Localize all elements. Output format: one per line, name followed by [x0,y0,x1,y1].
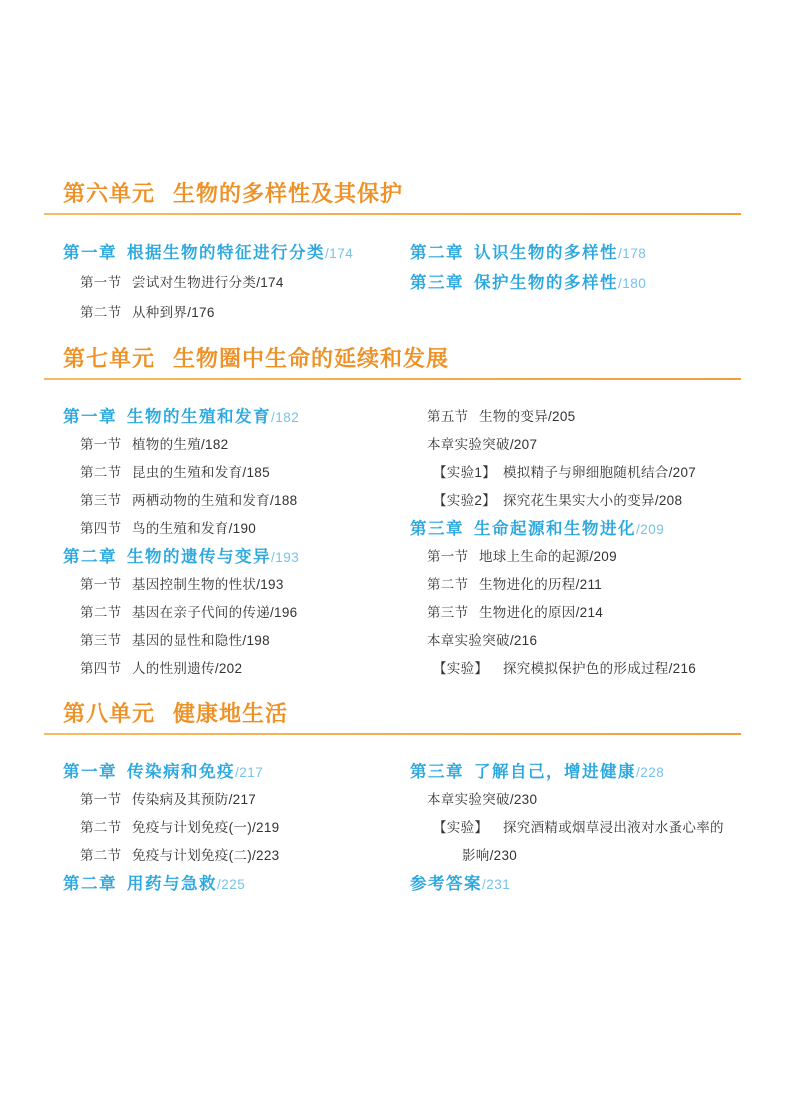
unit-block: 第六单元生物的多样性及其保护第一章根据生物的特征进行分类/174第一节尝试对生物… [44,180,741,328]
entry-number: 第二章 [63,870,127,898]
entry-title: 尝试对生物进行分类 [132,275,256,290]
unit-number: 第八单元 [63,700,173,727]
entry-page: /190 [229,521,256,536]
toc-entry-section: 第一节传染病及其预防/217 [80,786,410,814]
entry-number: 第一节 [80,431,132,459]
entry-title: 影响 [462,848,490,863]
entry-title: 传染病及其预防 [132,792,229,807]
toc-entry-section: 第二节昆虫的生殖和发育/185 [80,459,410,487]
toc-entry-plain: 本章实验突破/216 [427,627,741,655]
toc-entry-section: 第一节地球上生命的起源/209 [427,543,741,571]
toc-entry-section: 第三节两栖动物的生殖和发育/188 [80,487,410,515]
toc-entry-experiment: 【实验2】探究花生果实大小的变异/208 [433,487,741,515]
entry-number: 【实验】 [433,655,503,683]
toc-entry-section: 第一节基因控制生物的性状/193 [80,571,410,599]
toc-entry-experiment: 【实验】探究模拟保护色的形成过程/216 [433,655,741,683]
entry-title: 基因控制生物的性状 [132,577,256,592]
entry-number: 第二节 [80,459,132,487]
entry-number: 第五节 [427,403,479,431]
entry-page: /216 [669,661,696,676]
entry-title: 模拟精子与卵细胞随机结合 [503,465,669,480]
unit-number: 第六单元 [63,180,173,207]
entry-page: /217 [235,765,263,780]
unit-header: 第八单元健康地生活 [63,700,741,727]
toc-entry-section: 第二节从种到界/176 [80,298,410,328]
entry-title: 了解自己，增进健康 [474,763,636,781]
entry-page: /207 [510,437,537,452]
unit-underline [44,733,741,735]
toc-entry-chapter: 第三章保护生物的多样性/180 [410,268,741,298]
entry-page: /182 [201,437,228,452]
right-column: 第三章了解自己，增进健康/228本章实验突破/230【实验】探究酒精或烟草浸出液… [410,758,741,898]
entry-title: 保护生物的多样性 [474,274,618,292]
entry-number: 【实验】 [433,814,503,842]
entry-title: 地球上生命的起源 [479,549,589,564]
entry-number: 第三章 [410,268,474,298]
entry-page: /174 [256,275,283,290]
entry-number: 第三章 [410,515,474,543]
entry-page: /202 [215,661,242,676]
entry-title: 本章实验突破 [427,437,510,452]
entry-number: 第一章 [63,238,127,268]
entry-title: 植物的生殖 [132,437,201,452]
entry-page: /223 [252,848,279,863]
entry-title: 用药与急救 [127,875,217,893]
entry-title: 基因的显性和隐性 [132,633,242,648]
entry-page: /205 [548,409,575,424]
entry-page: /230 [510,792,537,807]
entry-page: /211 [576,577,602,592]
entry-number: 第三节 [80,627,132,655]
entry-page: /174 [325,246,353,261]
entry-number: 第四节 [80,655,132,683]
entry-number: 第二节 [427,571,479,599]
entry-page: /176 [187,305,214,320]
left-column: 第一章生物的生殖和发育/182第一节植物的生殖/182第二节昆虫的生殖和发育/1… [63,403,410,683]
toc-entry-section: 第二节免疫与计划免疫(二)/223 [80,842,410,870]
entry-page: /228 [636,765,664,780]
entry-number: 第三节 [427,599,479,627]
toc-entry-cont: 影响/230 [462,842,741,870]
entry-page: /209 [589,549,616,564]
entry-number: 第一章 [63,403,127,431]
entry-page: /209 [636,522,664,537]
toc-entry-chapter: 第三章生命起源和生物进化/209 [410,515,741,543]
toc-entry-plain: 本章实验突破/207 [427,431,741,459]
toc-entry-chapter: 第二章用药与急救/225 [63,870,410,898]
toc-entry-section: 第四节人的性别遗传/202 [80,655,410,683]
unit-columns: 第一章生物的生殖和发育/182第一节植物的生殖/182第二节昆虫的生殖和发育/1… [63,403,741,683]
entry-number: 第一节 [80,268,132,298]
entry-page: /207 [669,465,696,480]
unit-title: 生物圈中生命的延续和发展 [173,346,449,371]
unit-number: 第七单元 [63,345,173,372]
entry-number: 第一节 [80,571,132,599]
entry-title: 探究花生果实大小的变异 [503,493,655,508]
toc-entry-chapter: 第二章生物的遗传与变异/193 [63,543,410,571]
unit-underline [44,213,741,215]
entry-title: 认识生物的多样性 [474,244,618,262]
entry-number: 第二章 [63,543,127,571]
entry-page: /196 [270,605,297,620]
entry-number: 第二节 [80,814,132,842]
toc-entry-chapter: 第一章根据生物的特征进行分类/174 [63,238,410,268]
entry-number: 第二节 [80,298,132,328]
entry-page: /225 [217,877,245,892]
entry-title: 鸟的生殖和发育 [132,521,229,536]
entry-page: /188 [270,493,297,508]
entry-number: 【实验2】 [433,487,503,515]
entry-title: 传染病和免疫 [127,763,235,781]
toc-entry-section: 第一节尝试对生物进行分类/174 [80,268,410,298]
right-column: 第五节生物的变异/205本章实验突破/207【实验1】模拟精子与卵细胞随机结合/… [410,403,741,683]
toc-entry-plain: 本章实验突破/230 [427,786,741,814]
entry-page: /216 [510,633,537,648]
unit-header: 第六单元生物的多样性及其保护 [63,180,741,207]
entry-number: 第三章 [410,758,474,786]
entry-page: /217 [229,792,256,807]
toc-entry-section: 第三节生物进化的原因/214 [427,599,741,627]
toc-entry-section: 第一节植物的生殖/182 [80,431,410,459]
entry-title: 生命起源和生物进化 [474,520,636,538]
entry-title: 基因在亲子代间的传递 [132,605,270,620]
entry-page: /193 [271,550,299,565]
entry-title: 探究酒精或烟草浸出液对水蚤心率的 [503,820,724,835]
entry-title: 昆虫的生殖和发育 [132,465,242,480]
entry-title: 本章实验突破 [427,633,510,648]
unit-underline [44,378,741,380]
toc-entry-experiment: 【实验】探究酒精或烟草浸出液对水蚤心率的 [433,814,741,842]
toc-entry-chapter: 第二章认识生物的多样性/178 [410,238,741,268]
entry-title: 生物的变异 [479,409,548,424]
entry-title: 参考答案 [410,875,482,893]
unit-columns: 第一章根据生物的特征进行分类/174第一节尝试对生物进行分类/174第二节从种到… [63,238,741,328]
entry-page: /230 [490,848,517,863]
entry-title: 生物进化的原因 [479,605,576,620]
entry-title: 免疫与计划免疫(一) [132,820,252,835]
entry-page: /214 [576,605,603,620]
entry-title: 免疫与计划免疫(二) [132,848,252,863]
toc-entry-section: 第二节基因在亲子代间的传递/196 [80,599,410,627]
unit-columns: 第一章传染病和免疫/217第一节传染病及其预防/217第二节免疫与计划免疫(一)… [63,758,741,898]
unit-title: 健康地生活 [173,701,288,726]
entry-title: 人的性别遗传 [132,661,215,676]
toc-entry-section: 第三节基因的显性和隐性/198 [80,627,410,655]
entry-title: 生物的遗传与变异 [127,548,271,566]
entry-page: /178 [618,246,646,261]
entry-title: 根据生物的特征进行分类 [127,244,325,262]
left-column: 第一章传染病和免疫/217第一节传染病及其预防/217第二节免疫与计划免疫(一)… [63,758,410,898]
entry-page: /231 [482,877,510,892]
entry-title: 生物进化的历程 [479,577,576,592]
entry-number: 第二章 [410,238,474,268]
toc-entry-chapter: 第三章了解自己，增进健康/228 [410,758,741,786]
entry-page: /182 [271,410,299,425]
entry-title: 两栖动物的生殖和发育 [132,493,270,508]
entry-number: 第二节 [80,599,132,627]
entry-page: /193 [256,577,283,592]
entry-number: 第二节 [80,842,132,870]
toc-entry-experiment: 【实验1】模拟精子与卵细胞随机结合/207 [433,459,741,487]
entry-number: 第一节 [427,543,479,571]
toc-entry-section: 第四节鸟的生殖和发育/190 [80,515,410,543]
unit-block: 第七单元生物圈中生命的延续和发展第一章生物的生殖和发育/182第一节植物的生殖/… [44,345,741,683]
entry-page: /208 [655,493,682,508]
entry-page: /198 [242,633,269,648]
entry-page: /185 [242,465,269,480]
entry-title: 生物的生殖和发育 [127,408,271,426]
toc-entry-section: 第二节生物进化的历程/211 [427,571,741,599]
entry-number: 第四节 [80,515,132,543]
entry-page: /180 [618,276,646,291]
entry-page: /219 [252,820,279,835]
unit-header: 第七单元生物圈中生命的延续和发展 [63,345,741,372]
toc-page: 第六单元生物的多样性及其保护第一章根据生物的特征进行分类/174第一节尝试对生物… [0,0,790,1101]
entry-number: 第一节 [80,786,132,814]
entry-title: 从种到界 [132,305,187,320]
toc-entry-chapter: 第一章生物的生殖和发育/182 [63,403,410,431]
unit-title: 生物的多样性及其保护 [173,181,403,206]
left-column: 第一章根据生物的特征进行分类/174第一节尝试对生物进行分类/174第二节从种到… [63,238,410,328]
entry-number: 【实验1】 [433,459,503,487]
entry-title: 本章实验突破 [427,792,510,807]
toc-entry-answer: 参考答案/231 [410,870,741,898]
entry-number: 第三节 [80,487,132,515]
toc-entry-section: 第二节免疫与计划免疫(一)/219 [80,814,410,842]
unit-block: 第八单元健康地生活第一章传染病和免疫/217第一节传染病及其预防/217第二节免… [44,700,741,898]
toc-entry-chapter: 第一章传染病和免疫/217 [63,758,410,786]
toc-entry-section: 第五节生物的变异/205 [427,403,741,431]
right-column: 第二章认识生物的多样性/178第三章保护生物的多样性/180 [410,238,741,328]
entry-title: 探究模拟保护色的形成过程 [503,661,669,676]
entry-number: 第一章 [63,758,127,786]
